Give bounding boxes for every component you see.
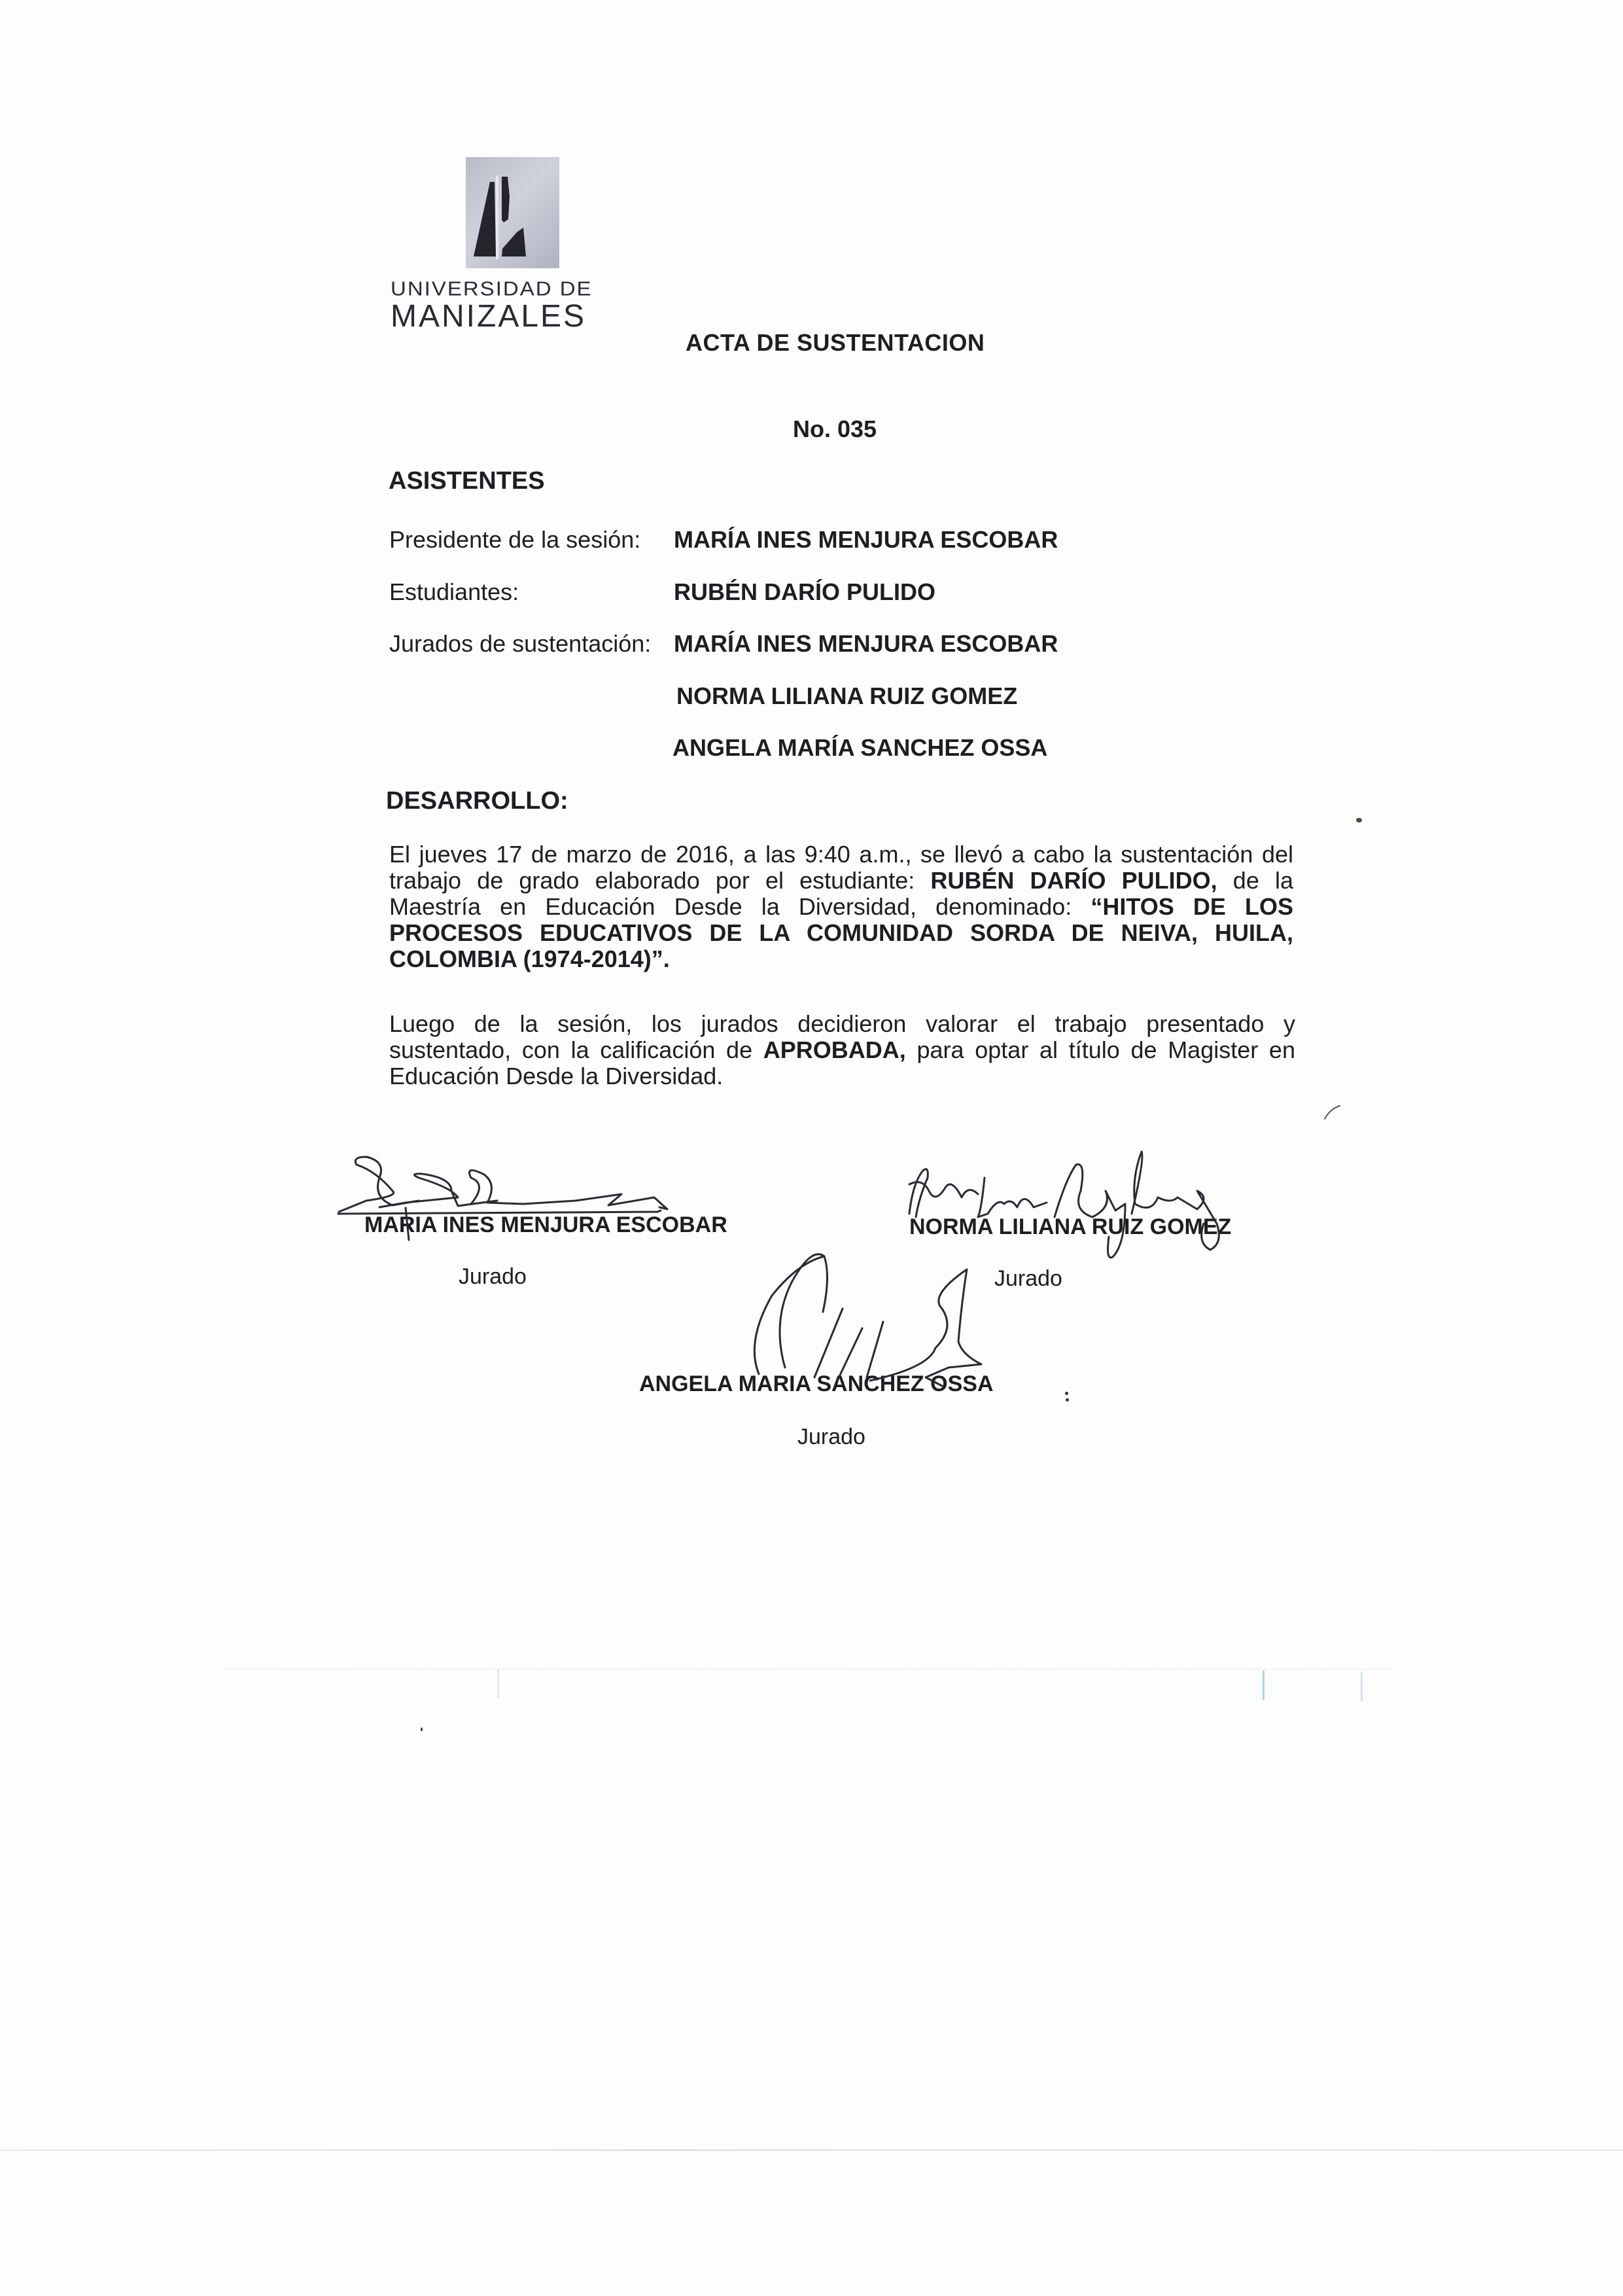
- university-logo-mark: [466, 157, 559, 268]
- jury-member: MARÍA INES MENJURA ESCOBAR: [674, 630, 1058, 658]
- document-title: ACTA DE SUSTENTACION: [686, 329, 985, 357]
- signature-role-1: Jurado: [459, 1264, 527, 1290]
- grade-emphasis: APROBADA,: [763, 1036, 906, 1063]
- paragraph-line: trabajo de grado elaborado por el estudi…: [389, 868, 1293, 894]
- paragraph-line: El jueves 17 de marzo de 2016, a las 9:4…: [389, 841, 1293, 868]
- thesis-title-emphasis: COLOMBIA (1974-2014)”.: [389, 945, 670, 972]
- scan-artifact-band: [226, 1669, 1390, 1699]
- section-heading-development: DESARROLLO:: [386, 787, 568, 815]
- signature-role-2: Jurado: [994, 1266, 1062, 1292]
- logo-text-line1: UNIVERSIDAD DE: [391, 277, 593, 300]
- paragraph-line: Educación Desde la Diversidad.: [389, 1063, 1295, 1089]
- development-paragraph-2: Luego de la sesión, los jurados decidier…: [389, 1011, 1295, 1089]
- speck: [1065, 1392, 1068, 1395]
- development-paragraph-1: El jueves 17 de marzo de 2016, a las 9:4…: [389, 841, 1293, 972]
- scan-artifact-tick: [497, 1669, 499, 1698]
- jury-member: ANGELA MARÍA SANCHEZ OSSA: [672, 734, 1047, 762]
- section-heading-attendees: ASISTENTES: [389, 467, 545, 495]
- logo-text-line2: MANIZALES: [391, 298, 586, 334]
- students-label: Estudiantes:: [389, 578, 519, 606]
- paragraph-line: Luego de la sesión, los jurados decidier…: [389, 1011, 1295, 1037]
- paragraph-line: sustentado, con la calificación de APROB…: [389, 1037, 1295, 1063]
- speck: [1356, 818, 1362, 822]
- logo-icon: [466, 157, 559, 268]
- president-label: Presidente de la sesión:: [389, 526, 640, 554]
- scan-artifact-tick: [1263, 1670, 1265, 1700]
- signature-name-1: MARIA INES MENJURA ESCOBAR: [364, 1212, 727, 1238]
- paragraph-line: PROCESOS EDUCATIVOS DE LA COMUNIDAD SORD…: [389, 920, 1293, 946]
- signature-role-3: Jurado: [797, 1424, 865, 1450]
- scan-artifact-tick: [1361, 1672, 1363, 1701]
- document-page: UNIVERSIDAD DE MANIZALES ACTA DE SUSTENT…: [0, 0, 1623, 2296]
- signature-name-3: ANGELA MARIA SANCHEZ OSSA: [639, 1371, 994, 1397]
- jury-member: NORMA LILIANA RUIZ GOMEZ: [676, 682, 1017, 710]
- signature-name-2: NORMA LILIANA RUIZ GOMEZ: [909, 1214, 1231, 1240]
- thesis-title-emphasis: PROCESOS EDUCATIVOS DE LA COMUNIDAD SORD…: [389, 919, 1293, 946]
- student-name-emphasis: RUBÉN DARÍO PULIDO,: [930, 867, 1217, 894]
- president-value: MARÍA INES MENJURA ESCOBAR: [674, 526, 1058, 554]
- students-value: RUBÉN DARÍO PULIDO: [674, 578, 935, 606]
- scan-edge-line: [0, 2149, 1623, 2151]
- speck: [1066, 1398, 1069, 1402]
- paragraph-line: COLOMBIA (1974-2014)”.: [389, 946, 1293, 972]
- thesis-title-emphasis: “HITOS DE LOS: [1091, 893, 1293, 920]
- document-number: No. 035: [793, 415, 877, 443]
- speck: [421, 1727, 423, 1731]
- jury-label: Jurados de sustentación:: [389, 630, 651, 658]
- paragraph-line: Maestría en Educación Desde la Diversida…: [389, 894, 1293, 920]
